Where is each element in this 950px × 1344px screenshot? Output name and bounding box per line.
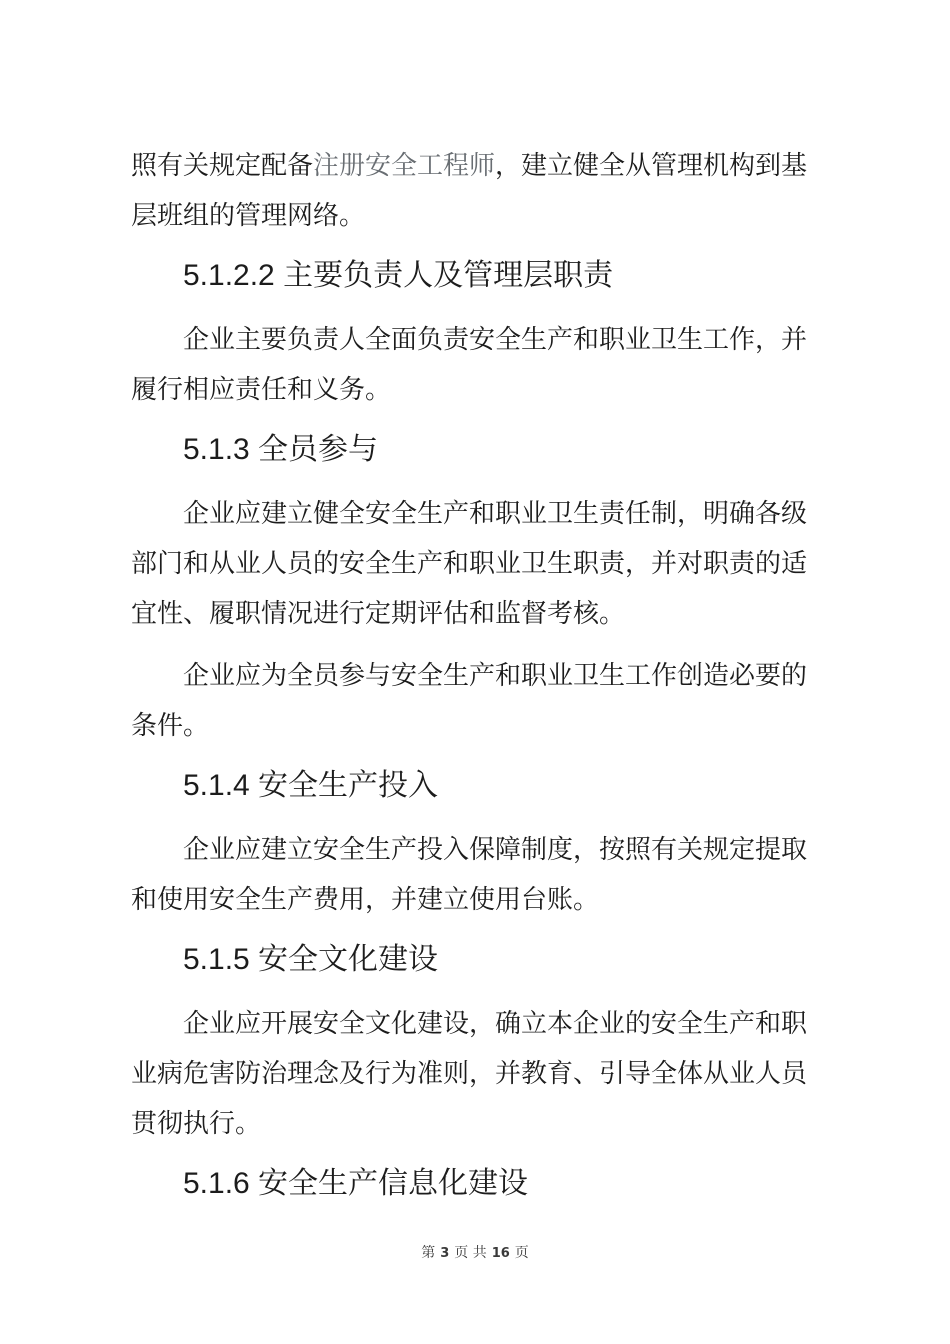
text-run: ，建立健全从管理机构到基 — [495, 150, 807, 180]
footer-current-page: 3 — [440, 1246, 449, 1261]
footer-label-suffix: 页 — [515, 1242, 529, 1262]
section-heading-5-1-2-2: 5.1.2.2 主要负责人及管理层职责 — [131, 252, 831, 302]
section-heading-5-1-4: 5.1.4 安全生产投入 — [131, 762, 831, 812]
text-line: 企业主要负责人全面负责安全生产和职业卫生工作，并 — [131, 314, 831, 364]
paragraph: 企业应建立安全生产投入保障制度，按照有关规定提取 和使用安全生产费用，并建立使用… — [131, 824, 831, 924]
section-heading-5-1-6: 5.1.6 安全生产信息化建设 — [131, 1160, 831, 1210]
page-number-footer: 第 3 页 共 16 页 — [0, 1242, 950, 1262]
section-heading-5-1-5: 5.1.5 安全文化建设 — [131, 936, 831, 986]
footer-label-middle: 页 共 — [454, 1242, 486, 1262]
page-content: 照有关规定配备注册安全工程师，建立健全从管理机构到基 层班组的管理网络。 5.1… — [131, 140, 831, 1222]
section-heading-5-1-3: 5.1.3 全员参与 — [131, 426, 831, 476]
text-line: 企业应开展安全文化建设，确立本企业的安全生产和职 — [131, 998, 831, 1048]
text-line: 层班组的管理网络。 — [131, 190, 831, 240]
paragraph-continuation: 照有关规定配备注册安全工程师，建立健全从管理机构到基 层班组的管理网络。 — [131, 140, 831, 240]
text-line: 企业应建立安全生产投入保障制度，按照有关规定提取 — [131, 824, 831, 874]
text-line: 宜性、履职情况进行定期评估和监督考核。 — [131, 588, 831, 638]
text-line: 企业应为全员参与安全生产和职业卫生工作创造必要的 — [131, 650, 831, 700]
text-line: 照有关规定配备注册安全工程师，建立健全从管理机构到基 — [131, 140, 831, 190]
term-highlight: 注册安全工程师 — [313, 150, 495, 180]
paragraph: 企业应建立健全安全生产和职业卫生责任制，明确各级 部门和从业人员的安全生产和职业… — [131, 488, 831, 638]
text-line: 业病危害防治理念及行为准则，并教育、引导全体从业人员 — [131, 1048, 831, 1098]
text-line: 条件。 — [131, 700, 831, 750]
paragraph: 企业应为全员参与安全生产和职业卫生工作创造必要的 条件。 — [131, 650, 831, 750]
footer-label-prefix: 第 — [421, 1242, 435, 1262]
text-line: 贯彻执行。 — [131, 1098, 831, 1148]
paragraph: 企业应开展安全文化建设，确立本企业的安全生产和职 业病危害防治理念及行为准则，并… — [131, 998, 831, 1148]
footer-total-pages: 16 — [492, 1246, 510, 1261]
text-line: 企业应建立健全安全生产和职业卫生责任制，明确各级 — [131, 488, 831, 538]
document-page: 照有关规定配备注册安全工程师，建立健全从管理机构到基 层班组的管理网络。 5.1… — [0, 0, 950, 1344]
paragraph: 企业主要负责人全面负责安全生产和职业卫生工作，并 履行相应责任和义务。 — [131, 314, 831, 414]
text-line: 和使用安全生产费用，并建立使用台账。 — [131, 874, 831, 924]
text-line: 履行相应责任和义务。 — [131, 364, 831, 414]
text-line: 部门和从业人员的安全生产和职业卫生职责，并对职责的适 — [131, 538, 831, 588]
text-run: 照有关规定配备 — [131, 150, 313, 180]
